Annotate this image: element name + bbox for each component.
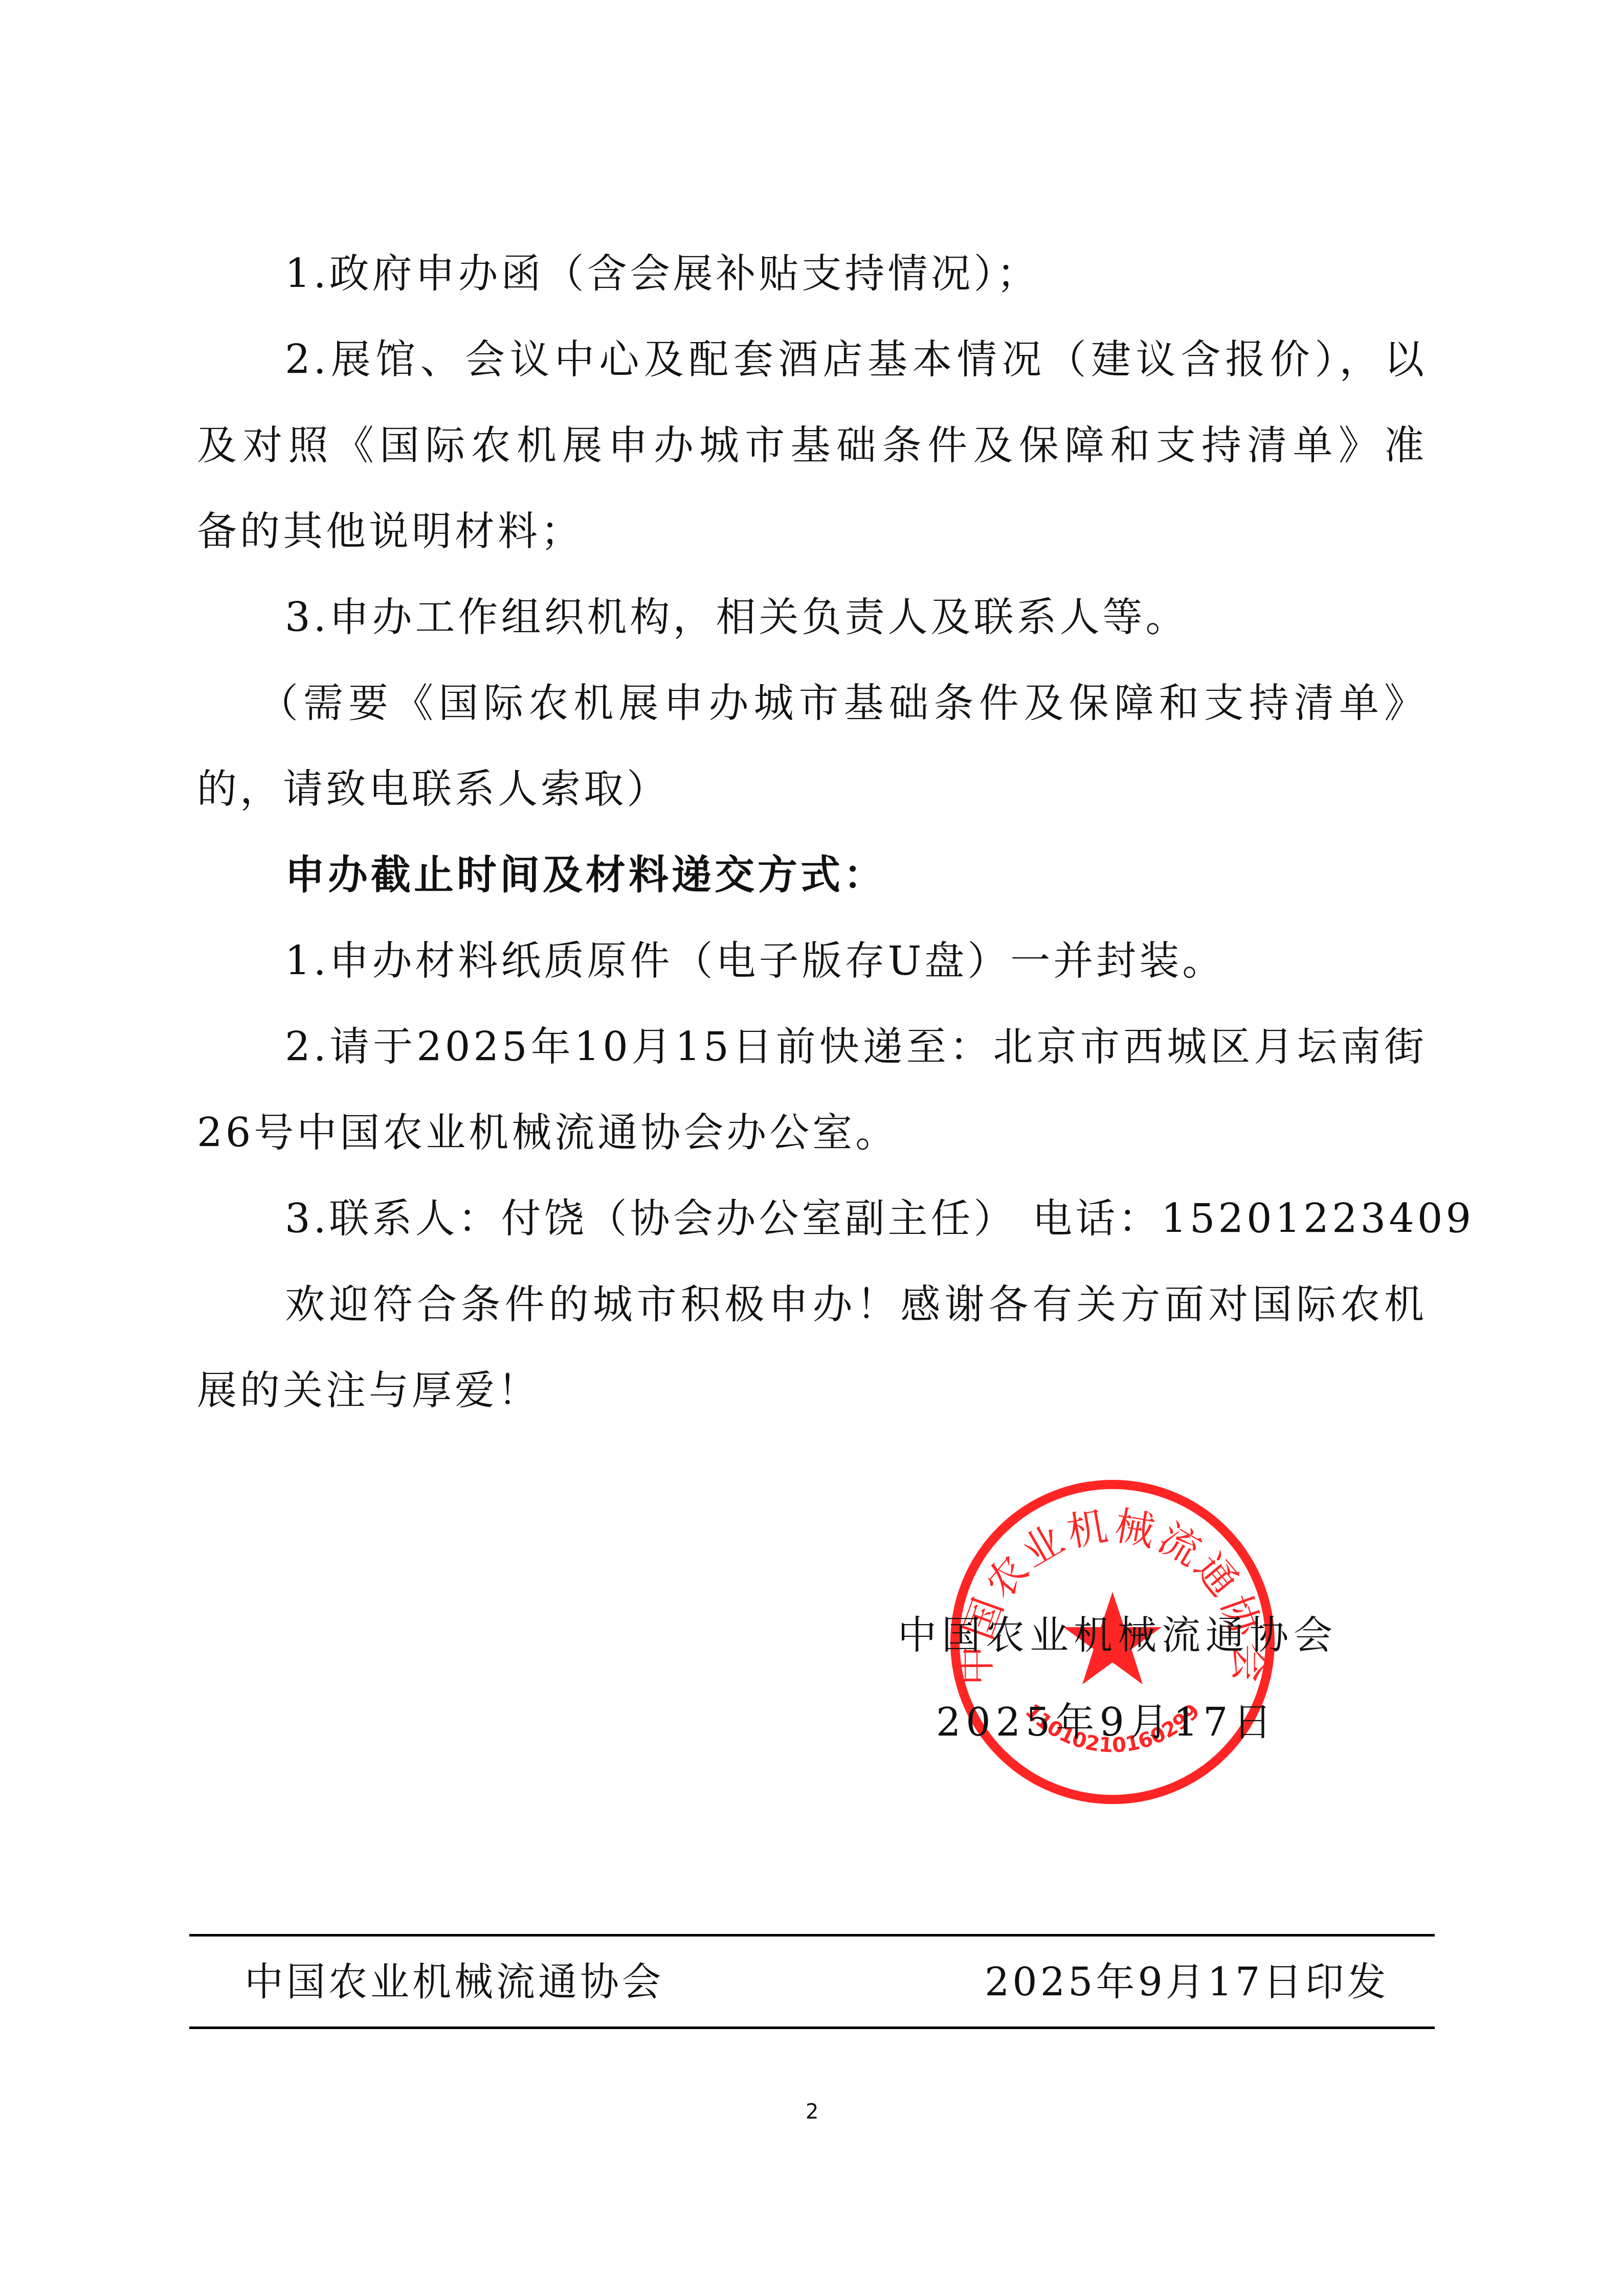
contact-line: 3.联系人：付饶（协会办公室副主任） 电话：15201223409 — [197, 1194, 1427, 1245]
deadline-item-2-line2: 26号中国农业机械流通协会办公室。 — [197, 1108, 898, 1159]
deadline-heading: 申办截止时间及材料递交方式： — [197, 850, 886, 901]
footer-issue-date: 2025年9月17日印发 — [985, 1956, 1389, 2008]
deadline-item-2-line1: 2.请于2025年10月15日前快递至：北京市西城区月坛南街 — [197, 1022, 1427, 1073]
footer-top-rule — [189, 1934, 1435, 1937]
footer-bottom-rule — [189, 2027, 1435, 2029]
note-line1: （需要《国际农机展申办城市基础条件及保障和支持清单》 — [197, 678, 1427, 729]
document-page: 1.政府申办函（含会展补贴支持情况）； 2.展馆、会议中心及配套酒店基本情况（建… — [0, 0, 1624, 2296]
signature-organization: 中国农业机械流通协会 — [898, 1610, 1338, 1661]
page-number: 2 — [806, 2097, 818, 2127]
deadline-item-1: 1.申办材料纸质原件（电子版存U盘）一并封装。 — [197, 936, 1225, 987]
materials-item-2-line2: 及对照《国际农机展申办城市基础条件及保障和支持清单》准 — [197, 420, 1427, 471]
closing-line2: 展的关注与厚爱！ — [197, 1365, 541, 1416]
signature-date: 2025年9月17日 — [936, 1697, 1277, 1748]
footer-issuer: 中国农业机械流通协会 — [244, 1956, 664, 2008]
closing-line1: 欢迎符合条件的城市积极申办！感谢各有关方面对国际农机 — [197, 1279, 1427, 1331]
materials-item-2-line1: 2.展馆、会议中心及配套酒店基本情况（建议含报价），以 — [197, 334, 1427, 386]
note-line2: 的，请致电联系人索取） — [197, 764, 670, 815]
materials-item-1: 1.政府申办函（含会展补贴支持情况）； — [197, 249, 1039, 300]
materials-item-3: 3.申办工作组织机构，相关负责人及联系人等。 — [197, 592, 1188, 643]
materials-item-2-line3: 备的其他说明材料； — [197, 506, 584, 557]
